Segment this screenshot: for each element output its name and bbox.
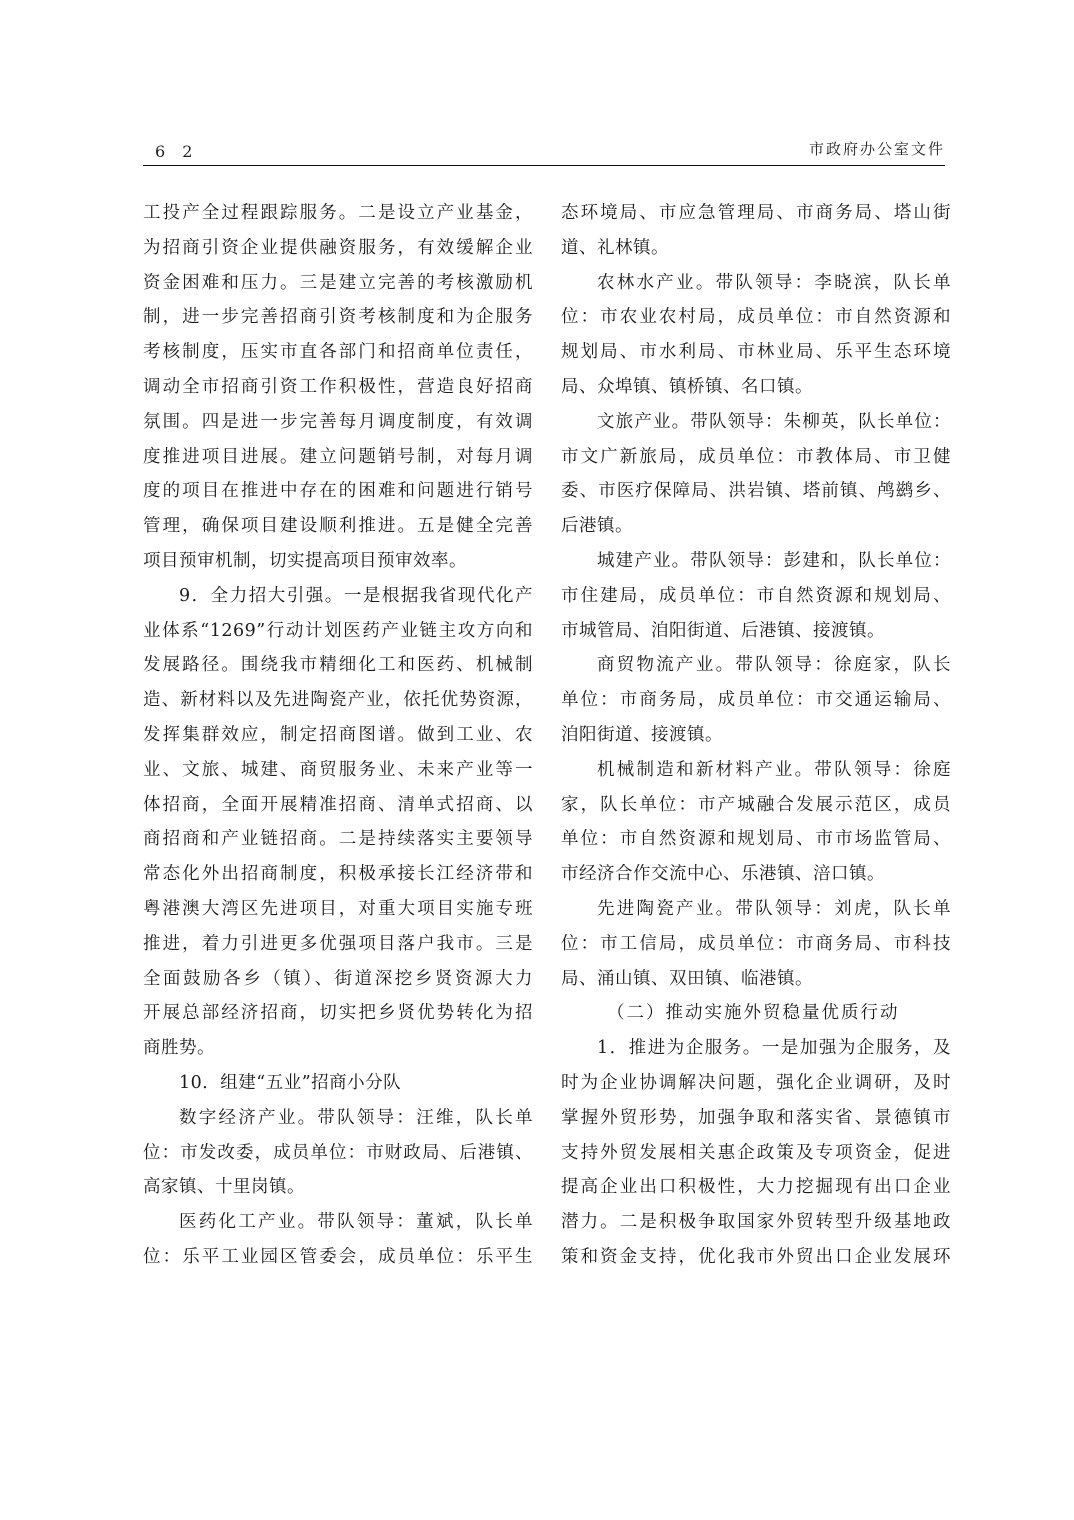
text-line: 商招商和产业链招商。二是持续落实主要领导 xyxy=(143,822,533,857)
text-line: 资金困难和压力。三是建立完善的考核激励机 xyxy=(143,266,533,301)
text-line: 市文广新旅局，成员单位：市教体局、市卫健 xyxy=(561,440,951,475)
text-line: 农林水产业。带队领导：李晓滨，队长单 xyxy=(561,266,951,301)
text-line: 城建产业。带队领导：彭建和，队长单位： xyxy=(561,544,951,579)
text-line: 局、众埠镇、镇桥镇、名口镇。 xyxy=(561,370,951,405)
text-line: 先进陶瓷产业。带队领导：刘虎，队长单 xyxy=(561,892,951,927)
text-line: 市经济合作交流中心、乐港镇、涪口镇。 xyxy=(561,857,951,892)
text-line: 业体系“1269”行动计划医药产业链主攻方向和 xyxy=(143,614,533,649)
text-line: 单位：市商务局，成员单位：市交通运输局、 xyxy=(561,683,951,718)
text-line: 商贸物流产业。带队领导：徐庭家，队长 xyxy=(561,648,951,683)
text-line: 局、涌山镇、双田镇、临港镇。 xyxy=(561,962,951,997)
text-line: 单位：市自然资源和规划局、市市场监管局、 xyxy=(561,822,951,857)
header-divider xyxy=(143,165,945,166)
text-line: 机械制造和新材料产业。带队领导：徐庭 xyxy=(561,753,951,788)
text-line: 位：市农业农村局，成员单位：市自然资源和 xyxy=(561,300,951,335)
section-heading: （二）推动实施外贸稳量优质行动 xyxy=(561,996,951,1031)
text-line: 为招商引资企业提供融资服务，有效缓解企业 xyxy=(143,231,533,266)
left-column: 工投产全过程跟踪服务。二是设立产业基金，为招商引资企业提供融资服务，有效缓解企业… xyxy=(143,196,533,1275)
text-line: 高家镇、十里岗镇。 xyxy=(143,1170,533,1205)
text-line: 造、新材料以及先进陶瓷产业，依托优势资源， xyxy=(143,683,533,718)
text-line: 氛围。四是进一步完善每月调度制度，有效调 xyxy=(143,405,533,440)
text-line: 市住建局，成员单位：市自然资源和规划局、 xyxy=(561,579,951,614)
text-line: 潜力。二是积极争取国家外贸转型升级基地政 xyxy=(561,1205,951,1240)
text-line: 管理，确保项目建设顺利推进。五是健全完善 xyxy=(143,509,533,544)
text-line: 常态化外出招商制度，积极承接长江经济带和 xyxy=(143,857,533,892)
text-line: 考核制度，压实市直各部门和招商单位责任， xyxy=(143,335,533,370)
text-line: 后港镇。 xyxy=(561,509,951,544)
text-line: 医药化工产业。带队领导：董斌，队长单 xyxy=(143,1205,533,1240)
text-line: 调动全市招商引资工作积极性，营造良好招商 xyxy=(143,370,533,405)
text-line: 10．组建“五业”招商小分队 xyxy=(143,1066,533,1101)
text-line: 掌握外贸形势，加强争取和落实省、景德镇市 xyxy=(561,1101,951,1136)
text-line: 位：市发改委，成员单位：市财政局、后港镇、 xyxy=(143,1136,533,1171)
text-line: 工投产全过程跟踪服务。二是设立产业基金， xyxy=(143,196,533,231)
page-header: 6 2 市政府办公室文件 xyxy=(143,138,945,166)
text-line: 家，队长单位：市产城融合发展示范区，成员 xyxy=(561,788,951,823)
text-line: 度推进项目进展。建立问题销号制，对每月调 xyxy=(143,440,533,475)
text-line: 提高企业出口积极性，大力挖掘现有出口企业 xyxy=(561,1170,951,1205)
text-line: 策和资金支持，优化我市外贸出口企业发展环 xyxy=(561,1240,951,1275)
text-line: 态环境局、市应急管理局、市商务局、塔山街 xyxy=(561,196,951,231)
text-line: 业、文旅、城建、商贸服务业、未来产业等一 xyxy=(143,753,533,788)
text-line: 开展总部经济招商，切实把乡贤优势转化为招 xyxy=(143,996,533,1031)
text-line: 规划局、市水利局、市林业局、乐平生态环境 xyxy=(561,335,951,370)
text-line: 发挥集群效应，制定招商图谱。做到工业、农 xyxy=(143,718,533,753)
header-title: 市政府办公室文件 xyxy=(809,138,945,159)
text-line: 市城管局、洎阳街道、后港镇、接渡镇。 xyxy=(561,614,951,649)
text-line: 全面鼓励各乡（镇）、街道深挖乡贤资源大力 xyxy=(143,962,533,997)
text-line: 1．推进为企服务。一是加强为企服务，及 xyxy=(561,1031,951,1066)
text-line: 粤港澳大湾区先进项目，对重大项目实施专班 xyxy=(143,892,533,927)
text-line: 支持外贸发展相关惠企政策及专项资金，促进 xyxy=(561,1136,951,1171)
text-line: 时为企业协调解决问题，强化企业调研，及时 xyxy=(561,1066,951,1101)
text-line: 位：乐平工业园区管委会，成员单位：乐平生 xyxy=(143,1240,533,1275)
text-line: 发展路径。围绕我市精细化工和医药、机械制 xyxy=(143,648,533,683)
text-line: 制，进一步完善招商引资考核制度和为企服务 xyxy=(143,300,533,335)
text-line: 数字经济产业。带队领导：汪维，队长单 xyxy=(143,1101,533,1136)
text-line: 项目预审机制，切实提高项目预审效率。 xyxy=(143,544,533,579)
text-line: 委、市医疗保障局、洪岩镇、塔前镇、鸬鹚乡、 xyxy=(561,474,951,509)
right-column: 态环境局、市应急管理局、市商务局、塔山街道、礼林镇。农林水产业。带队领导：李晓滨… xyxy=(561,196,951,1275)
text-line: 推进，着力引进更多优强项目落户我市。三是 xyxy=(143,927,533,962)
text-line: 洎阳街道、接渡镇。 xyxy=(561,718,951,753)
text-line: 体招商，全面开展精准招商、清单式招商、以 xyxy=(143,788,533,823)
text-line: 位：市工信局，成员单位：市商务局、市科技 xyxy=(561,927,951,962)
page-number: 6 2 xyxy=(155,142,198,161)
text-line: 商胜势。 xyxy=(143,1031,533,1066)
text-line: 度的项目在推进中存在的困难和问题进行销号 xyxy=(143,474,533,509)
text-line: 文旅产业。带队领导：朱柳英，队长单位： xyxy=(561,405,951,440)
text-line: 9．全力招大引强。一是根据我省现代化产 xyxy=(143,579,533,614)
text-line: 道、礼林镇。 xyxy=(561,231,951,266)
